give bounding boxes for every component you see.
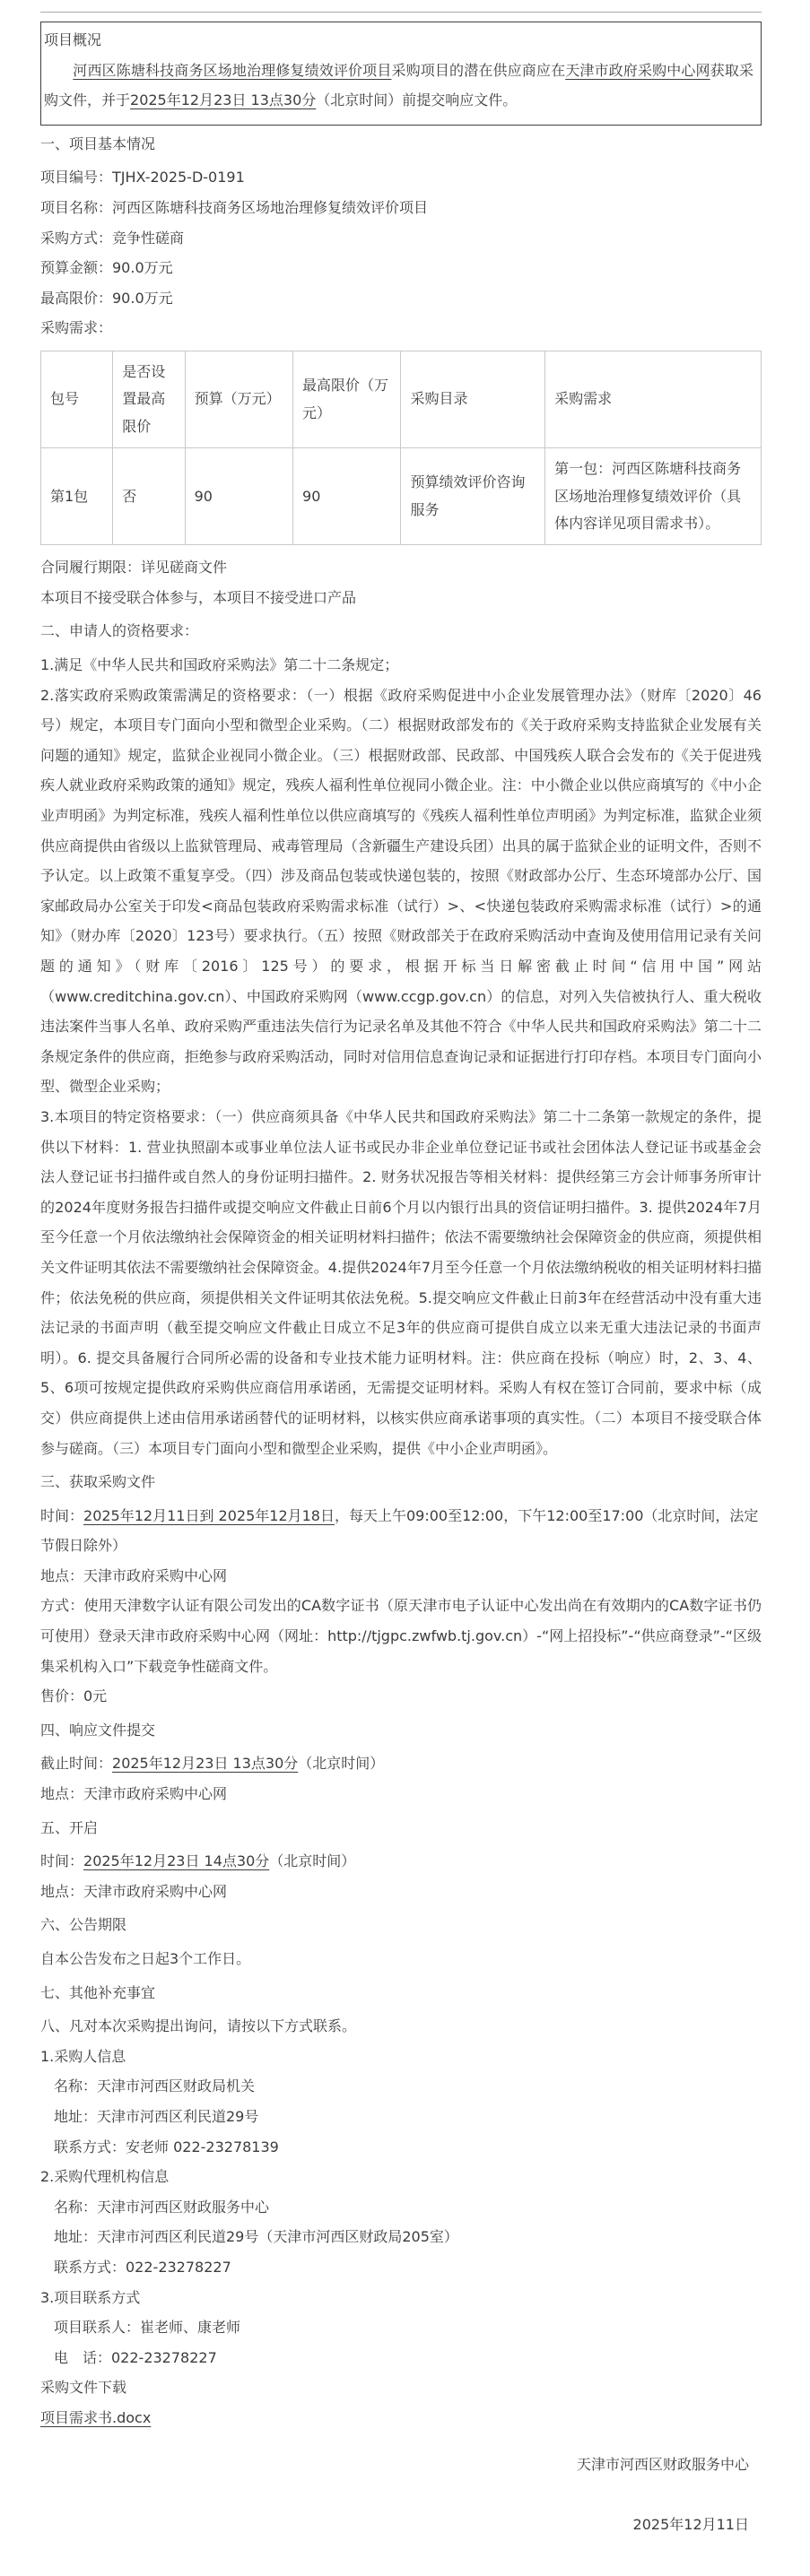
text-line: 合同履行期限：详见磋商文件 (40, 552, 762, 583)
underlined-text: 2025年12月23日 13点30分 (112, 1755, 298, 1772)
text-segment (44, 62, 73, 79)
text-line: 采购方式：竞争性磋商 (40, 223, 762, 254)
text-line: 项目编号：TJHX-2025-D-0191 (40, 162, 762, 193)
text-line: 项目联系人：崔老师、康老师 (40, 2312, 762, 2343)
text-line: 联系方式：022-23278227 (40, 2252, 762, 2283)
paragraph: 3.本项目的特定资格要求：（一）供应商须具备《中华人民共和国政府采购法》第二十二… (40, 1102, 762, 1463)
text-line: 3.项目联系方式 (40, 2283, 762, 2313)
top-divider (40, 12, 762, 13)
text-line: 自本公告发布之日起3个工作日。 (40, 1944, 762, 1974)
paragraph: 1.满足《中华人民共和国政府采购法》第二十二条规定； (40, 650, 762, 681)
table-header-cell: 是否设置最高限价 (113, 351, 185, 447)
text-segment: 时间： (40, 1507, 83, 1524)
text-line: 截止时间：2025年12月23日 13点30分（北京时间） (40, 1748, 762, 1779)
underlined-text: 2025年12月23日 14点30分 (83, 1852, 269, 1869)
text-segment: （北京时间） (298, 1755, 384, 1772)
text-line: 项目名称：河西区陈塘科技商务区场地治理修复绩效评价项目 (40, 193, 762, 223)
paragraph: 方式：使用天津数字认证有限公司发出的CA数字证书（原天津市电子认证中心发出尚在有… (40, 1591, 762, 1681)
section-heading: 四、响应文件提交 (40, 1715, 762, 1746)
text-line: 1.采购人信息 (40, 2042, 762, 2072)
text-line: 本项目不接受联合体参与，本项目不接受进口产品 (40, 583, 762, 613)
section-heading: 三、获取采购文件 (40, 1467, 762, 1497)
section-heading: 二、申请人的资格要求： (40, 616, 762, 646)
download-row: 项目需求书.docx (40, 2403, 762, 2433)
text-line: 联系方式：安老师 022-23278139 (40, 2132, 762, 2163)
document-footer: 天津市河西区财政服务中心 2025年12月11日 (40, 2450, 762, 2540)
table-cell: 第1包 (41, 448, 113, 545)
table-cell: 90 (185, 448, 292, 545)
text-line: 地址：天津市河西区利民道29号 (40, 2102, 762, 2132)
attachment-download-link[interactable]: 项目需求书.docx (40, 2409, 151, 2426)
text-line: 地点：天津市政府采购中心网 (40, 1877, 762, 1907)
underlined-text: 河西区陈塘科技商务区场地治理修复绩效评价项目 (73, 62, 391, 79)
text-line: 采购需求： (40, 313, 762, 343)
procurement-requirements-table: 包号是否设置最高限价预算（万元）最高限价（万元）采购目录采购需求第1包否9090… (40, 351, 762, 545)
text-line: 时间：2025年12月23日 14点30分（北京时间） (40, 1846, 762, 1877)
table-header-cell: 采购目录 (401, 351, 545, 447)
text-line: 地址：天津市河西区利民道29号（天津市河西区财政局205室） (40, 2222, 762, 2252)
underlined-text: 2025年12月11日到 2025年12月18日 (83, 1507, 335, 1524)
text-line: 2.采购代理机构信息 (40, 2162, 762, 2192)
paragraph: 2.落实政府采购政策需满足的资格要求：（一）根据《政府采购促进中小企业发展管理办… (40, 681, 762, 1102)
text-line: 采购文件下载 (40, 2372, 762, 2403)
section-heading: 一、项目基本情况 (40, 129, 762, 160)
table-cell: 否 (113, 448, 185, 545)
text-line: 名称：天津市河西区财政服务中心 (40, 2192, 762, 2223)
document-body: 一、项目基本情况项目编号：TJHX-2025-D-0191项目名称：河西区陈塘科… (40, 129, 762, 2433)
table-header-cell: 预算（万元） (185, 351, 292, 447)
table-cell: 预算绩效评价咨询服务 (401, 448, 545, 545)
table-header-cell: 采购需求 (545, 351, 762, 447)
text-line: 最高限价：90.0万元 (40, 283, 762, 314)
procurement-announcement: 项目概况 河西区陈塘科技商务区场地治理修复绩效评价项目采购项目的潜在供应商应在天… (0, 12, 810, 2576)
footer-spacer (40, 2479, 762, 2510)
table-header-cell: 包号 (41, 351, 113, 447)
text-line: 名称：天津市河西区财政局机关 (40, 2071, 762, 2102)
text-line: 地点：天津市政府采购中心网 (40, 1561, 762, 1592)
section-heading: 六、公告期限 (40, 1910, 762, 1940)
table-header-row: 包号是否设置最高限价预算（万元）最高限价（万元）采购目录采购需求 (41, 351, 762, 447)
text-segment: 采购项目的潜在供应商应在 (391, 62, 565, 79)
text-line: 售价：0元 (40, 1681, 762, 1712)
table-row: 第1包否9090预算绩效评价咨询服务第一包：河西区陈塘科技商务区场地治理修复绩效… (41, 448, 762, 545)
text-line: 八、凡对本次采购提出询问，请按以下方式联系。 (40, 2011, 762, 2042)
table-cell: 90 (293, 448, 401, 545)
text-line: 时间：2025年12月11日到 2025年12月18日，每天上午09:00至12… (40, 1501, 762, 1561)
section-heading: 五、开启 (40, 1813, 762, 1843)
project-overview-box: 项目概况 河西区陈塘科技商务区场地治理修复绩效评价项目采购项目的潜在供应商应在天… (40, 22, 762, 126)
overview-title: 项目概况 (44, 25, 753, 56)
footer-date: 2025年12月11日 (40, 2510, 762, 2540)
footer-agency: 天津市河西区财政服务中心 (40, 2450, 762, 2480)
text-segment: （北京时间） (269, 1852, 355, 1869)
underlined-text: 天津市政府采购中心网 (565, 62, 710, 79)
section-heading: 七、其他补充事宜 (40, 1978, 762, 2008)
text-segment: 时间： (40, 1852, 83, 1869)
table-cell: 第一包：河西区陈塘科技商务区场地治理修复绩效评价（具体内容详见项目需求书）。 (545, 448, 762, 545)
underlined-text: 2025年12月23日 13点30分 (130, 91, 316, 108)
text-line: 预算金额：90.0万元 (40, 253, 762, 283)
text-line: 电 话：022-23278227 (40, 2343, 762, 2373)
text-line: 地点：天津市政府采购中心网 (40, 1779, 762, 1809)
text-segment: （北京时间）前提交响应文件。 (316, 91, 517, 108)
table-header-cell: 最高限价（万元） (293, 351, 401, 447)
overview-paragraph: 河西区陈塘科技商务区场地治理修复绩效评价项目采购项目的潜在供应商应在天津市政府采… (44, 56, 753, 116)
text-segment: 截止时间： (40, 1755, 112, 1772)
